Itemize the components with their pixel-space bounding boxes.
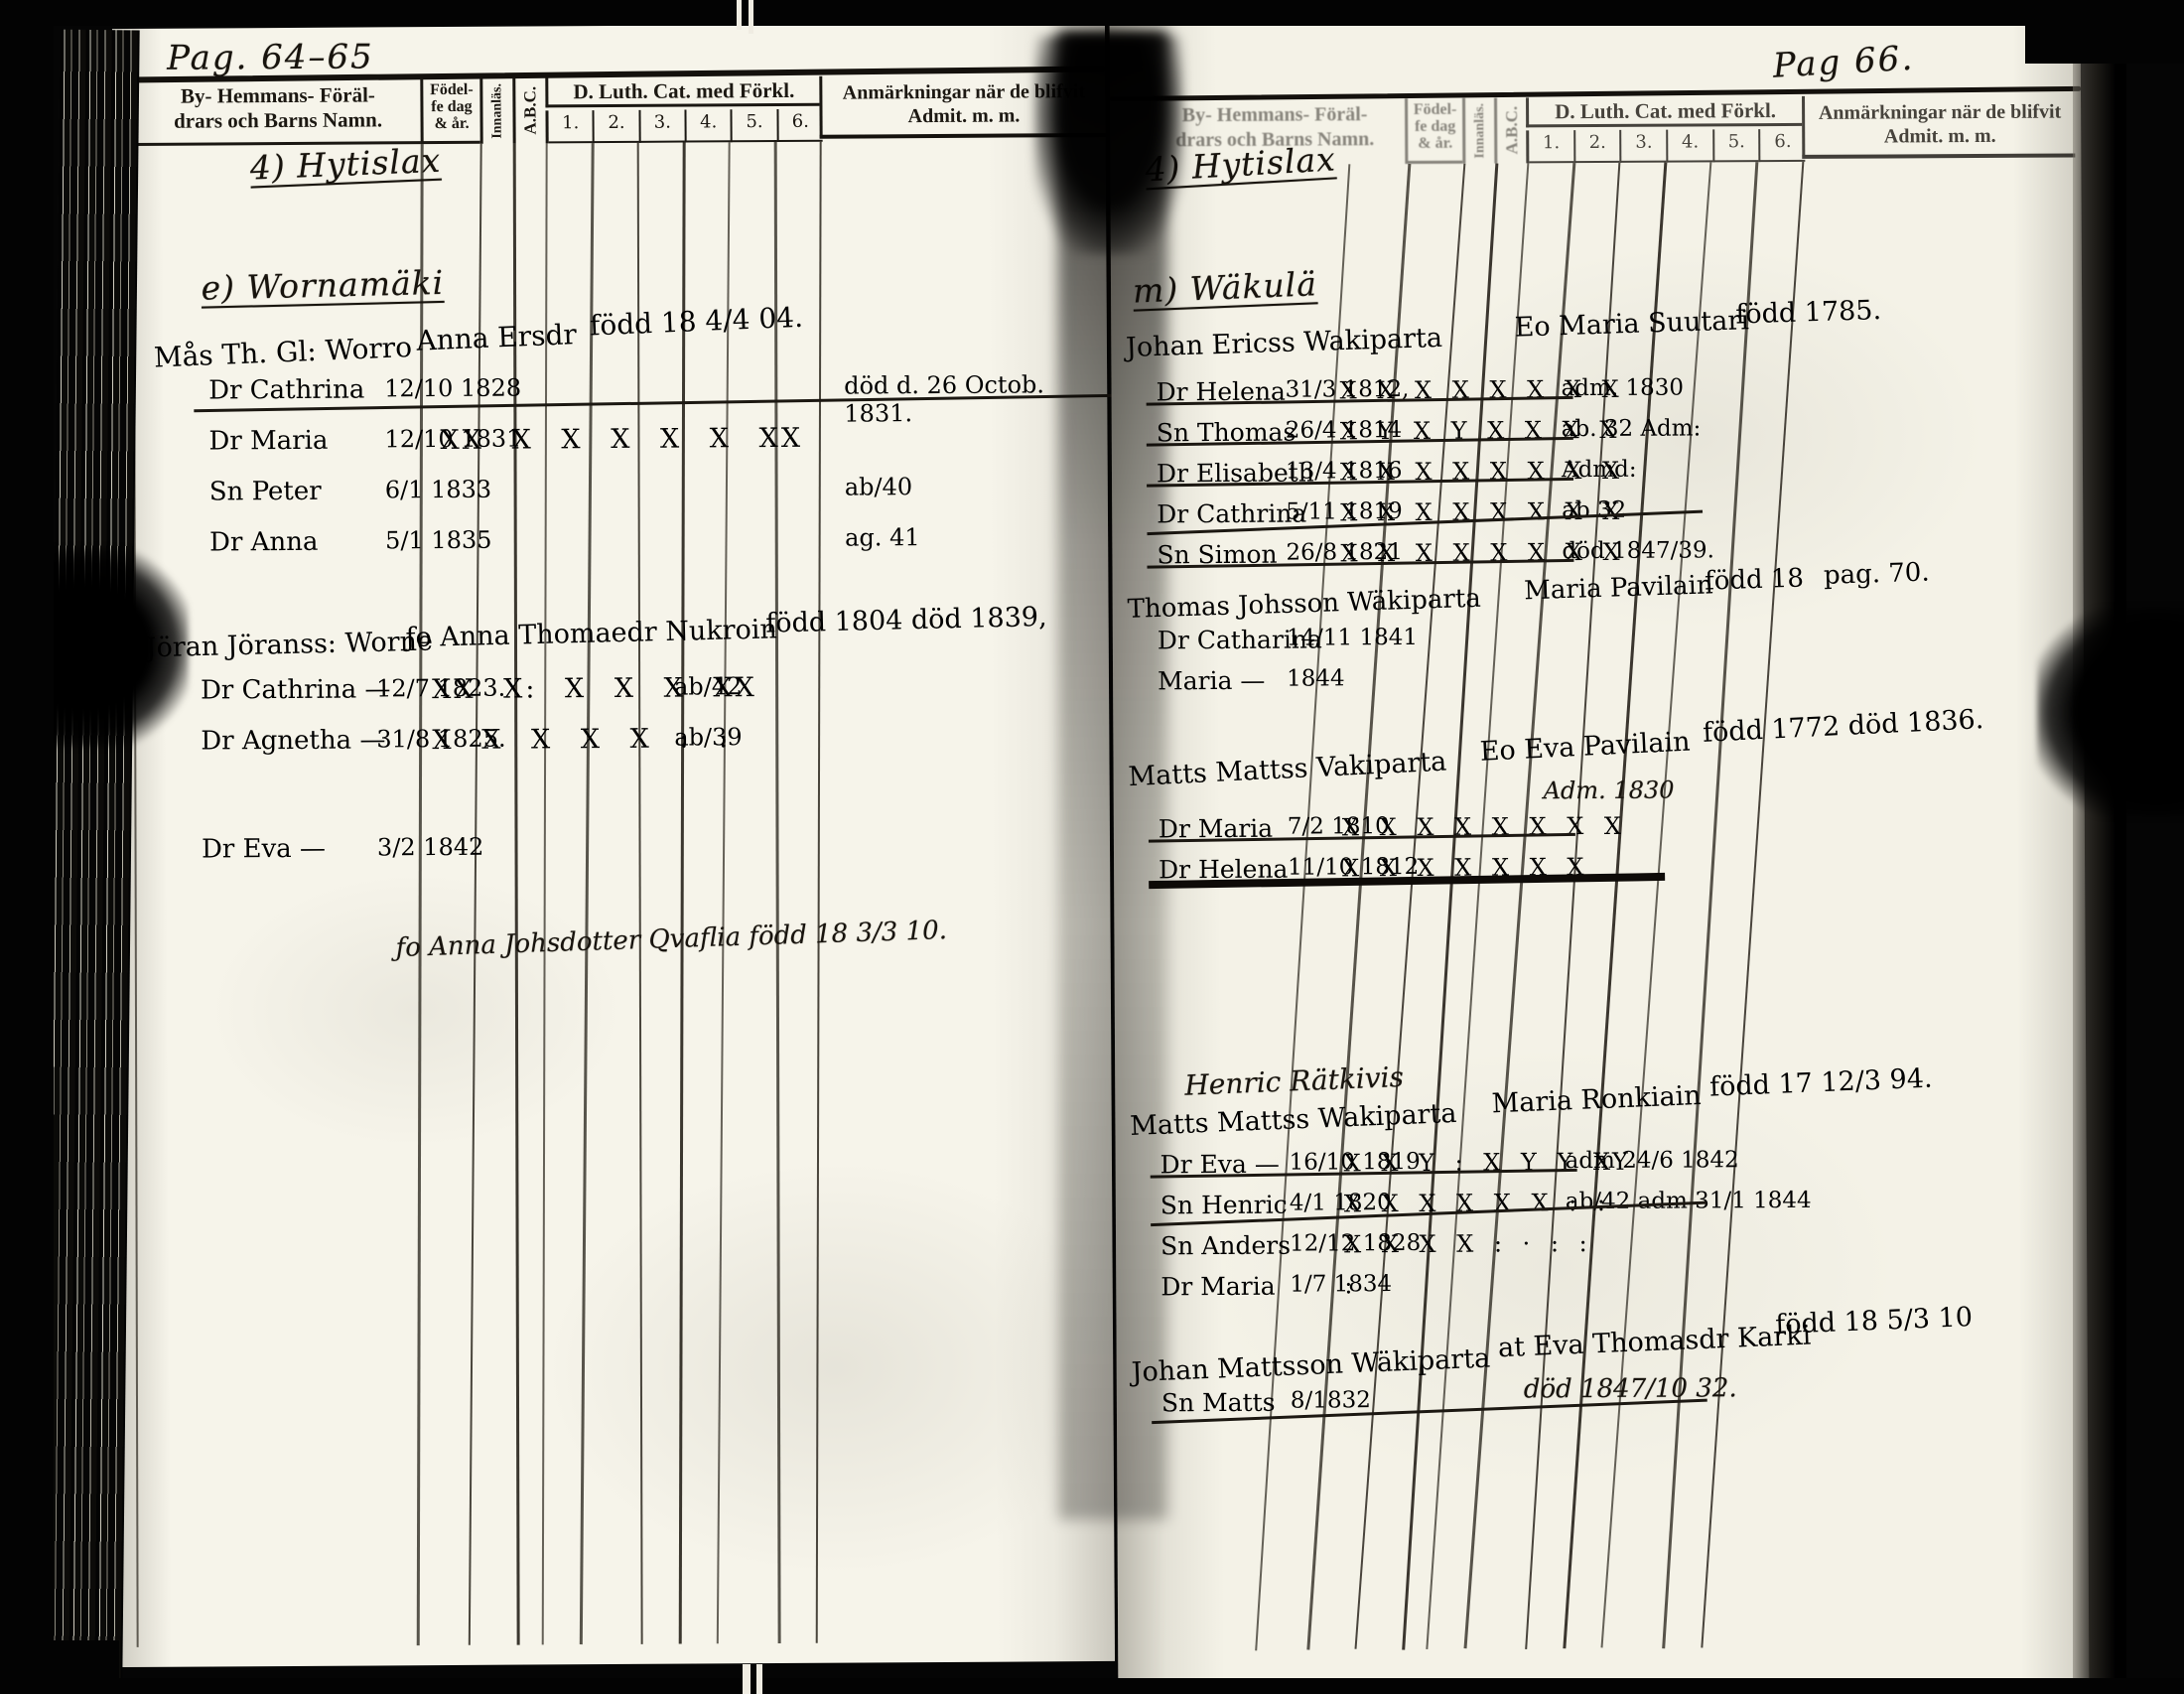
family-block: Henric Rätkivis Matts Mattss Wakiparta M… [1130, 1049, 2074, 1314]
person-name: Sn Anders [1160, 1231, 1291, 1261]
film-border-top [0, 0, 2184, 26]
spouse-name: Anna Ersdr [416, 318, 578, 357]
register-row: Dr Maria12/10 1831XX X X X X X XX [154, 421, 1107, 478]
remark-note: ab/42 adm 31/1 1844 [1566, 1188, 1812, 1214]
head-of-family: Mås Th. Gl: Worro [153, 331, 412, 374]
register-row: Dr Cathrina —12/7 1823.XX X: X X X XXab/… [146, 670, 1109, 727]
children-rows: Dr Eva —3/2 1842 [147, 829, 1110, 886]
head-of-family: Matts Mattss Wakiparta [1130, 1098, 1457, 1142]
remark-note: adm. 1830 [1561, 375, 1684, 402]
remark-note: adm 24/6 1842 [1566, 1147, 1739, 1174]
remark-note: ag. 41 [845, 523, 920, 551]
header-reading-col: Innanläs. [1462, 98, 1494, 164]
children-rows: Dr Eva —16/10 1819X X Y : X Y Y XYadm 24… [1131, 1146, 2075, 1314]
header-cat-cols: 1. 2. 3. 4. 5. 6. [545, 109, 822, 144]
table-header-left: By- Hemmans- Föräl- drars och Barns Namn… [112, 74, 1105, 146]
head-of-family: Matts Mattss Vakiparta [1128, 747, 1447, 793]
person-name: Dr Maria [208, 426, 328, 457]
fold-mark-bottom-2 [756, 1664, 762, 1694]
family-block: Mås Th. Gl: Worro Anna Ersdr född 18 4/4… [154, 319, 1109, 579]
family-block: Johan Ericss Wakiparta Eo Maria Suutari … [1126, 316, 2070, 582]
person-name: Dr Maria [1159, 814, 1273, 844]
register-row: Dr Eva —16/10 1819X X Y : X Y Y XYadm 24… [1131, 1146, 2074, 1192]
head-of-family: Johan Mattsson Wäkiparta [1131, 1343, 1491, 1388]
born-note: född 18 [1705, 564, 1805, 597]
header-names-col: By- Hemmans- Föräl- drars och Barns Namn… [132, 78, 420, 146]
birth-date: 1/7 1834 [1290, 1271, 1392, 1298]
header-catechism: D. Luth. Cat. med Förkl. [1526, 96, 1802, 127]
register-row: Maria —1844 [1128, 662, 2071, 708]
fold-mark-bottom-1 [743, 1664, 751, 1694]
children-rows: Dr Catharina14/11 1841Maria —1844 [1128, 622, 2071, 708]
register-row: Dr Eva —3/2 1842 [147, 829, 1110, 886]
header-cat-cols: 1. 2. 3. 4. 5. 6. [1526, 129, 1805, 163]
farm-heading-left: e) Wornamäki [201, 263, 445, 308]
right-page: Pag 66. By- Hemmans- Föräl- drars och Ba… [1110, 19, 2090, 1684]
person-name: Dr Anna [209, 527, 318, 558]
remark-note: ab/40 [845, 473, 912, 500]
page-number-left: Pag. 64–65 [167, 37, 374, 77]
village-heading-left: 4) Hytislax [249, 141, 442, 188]
birth-date: 3/2 1842 [377, 833, 484, 862]
person-name: Dr Eva — [202, 834, 326, 865]
person-name: Dr Maria [1160, 1272, 1275, 1302]
fold-mark-top-1 [737, 0, 742, 30]
register-scan: Pag. 64–65 By- Hemmans- Föräl- drars och… [0, 0, 2184, 1694]
register-row: Dr Elisabeth13/4 1816X X X X X X X XAdmd… [1127, 455, 2070, 500]
thumb-mark-left [50, 548, 189, 747]
header-abc-col: A.B.C. [512, 77, 545, 143]
person-name: Dr Helena [1156, 377, 1285, 407]
thumb-mark-right [2037, 608, 2184, 816]
birth-date: 14/11 1841 [1287, 625, 1418, 651]
left-page: Pag. 64–65 By- Hemmans- Föräl- drars och… [112, 23, 1115, 1667]
register-row: Sn Thomas26/4 1814X Y X Y X X X Xab. 32 … [1127, 414, 2070, 460]
person-name: Dr Helena [1159, 855, 1288, 885]
children-rows: Dr Cathrina12/10 1828död d. 26 Octob. 18… [154, 370, 1108, 579]
register-row: Dr Cathrina5/11 1819X X X X X X X Xab 32 [1127, 495, 2070, 541]
spouse-name: Eo Maria Suutari [1514, 305, 1749, 343]
spouse-name: Eo Eva Pavilain [1479, 727, 1691, 768]
page-ref-note: pag. 70. [1824, 558, 1931, 591]
register-row: Dr Helena31/3 1812,X X X X X X X Xadm. 1… [1126, 373, 2069, 419]
page-number-right: Pag 66. [1772, 39, 1915, 86]
register-row: Sn Peter6/1 1833ab/40 [155, 472, 1108, 528]
register-row: Dr Cathrina12/10 1828död d. 26 Octob. 18… [154, 370, 1107, 427]
exam-marks: X X X X X X X X [1342, 812, 1623, 841]
exam-marks: : [1344, 1271, 1354, 1299]
exam-marks: X X X X X X X [1342, 853, 1586, 882]
born-note: född 18 4/4 04. [589, 301, 803, 343]
header-remarks-col: Anmärkningar när de blifvit Admit. m. m. [1802, 94, 2075, 158]
film-border-bottom [0, 1678, 2184, 1694]
birth-date: 6/1 1833 [385, 476, 492, 504]
register-row: Dr Anna5/1 1835ag. 41 [155, 522, 1108, 579]
birth-date: 1844 [1287, 665, 1345, 691]
register-row: Dr Maria7/2 1810X X X X X X X X [1129, 810, 2072, 856]
book-edge-right [2073, 0, 2126, 1694]
family-block: Johan Mattsson Wäkiparta at Eva Thomasdr… [1132, 1337, 2075, 1430]
exam-marks: X X X X : · : : [1344, 1229, 1589, 1258]
head-of-family: Thomas Johsson Wäkiparta [1127, 584, 1481, 625]
admission-note: Adm. 1830 [1544, 776, 1675, 805]
children-rows: Dr Helena31/3 1812,X X X X X X X Xadm. 1… [1126, 373, 2070, 582]
remark-note: död 1847/39. [1562, 537, 1714, 564]
person-name: Maria — [1158, 666, 1265, 696]
born-note: född 18 5/3 10 [1775, 1302, 1974, 1341]
person-name: Dr Agnetha — [201, 725, 385, 756]
head-of-family: Johan Ericss Wakiparta [1126, 323, 1443, 363]
register-row: Sn Matts8/1832 [1132, 1384, 2075, 1430]
family-block: Matts Mattss Vakiparta Eo Eva Pavilain f… [1128, 737, 2072, 897]
person-name: Sn Peter [209, 477, 322, 507]
children-rows: Dr Maria7/2 1810X X X X X X X XDr Helena… [1129, 810, 2072, 897]
register-row: Dr Helena11/10 1812X X X X X X X [1129, 851, 2072, 897]
person-name: Sn Simon [1157, 540, 1277, 570]
fold-mark-top-2 [749, 0, 753, 34]
register-row: Sn Henric4/1 1820X X X X X X : :ab/42 ad… [1131, 1187, 2074, 1232]
header-birth-col: Födel- fe dag & år. [420, 78, 479, 144]
film-border-left [0, 0, 54, 1694]
register-row: Sn Anders12/12 1828X X X X : · : : [1131, 1227, 2074, 1273]
person-name: Dr Cathrina [208, 375, 364, 406]
birth-date: 12/10 1828 [384, 374, 521, 403]
gutter-shadow-blob [1034, 36, 1183, 254]
remark-note: ab 32 [1562, 497, 1626, 523]
born-note: född 1785. [1735, 295, 1882, 331]
born-note: född 1804 död 1839, [765, 602, 1047, 639]
header-catechism: D. Luth. Cat. med Förkl. [545, 76, 819, 108]
person-name: Sn Henric [1160, 1191, 1288, 1220]
born-note: född 1772 död 1836. [1702, 704, 1984, 749]
header-reading-col: Innanläs. [479, 78, 512, 144]
person-name: Dr Cathrina [1157, 499, 1306, 529]
children-rows: Dr Cathrina —12/7 1823.XX X: X X X XXab/… [146, 670, 1110, 777]
birth-date: 5/1 1835 [385, 526, 492, 555]
spouse-name: Maria Pavilain [1524, 570, 1713, 606]
person-name: Sn Thomas [1157, 418, 1297, 448]
person-name: Sn Matts [1161, 1388, 1276, 1418]
spouse-name: ƒo Anna Thomaedr Nukroin [405, 614, 777, 653]
person-name: Dr Cathrina — [201, 674, 391, 705]
spouse-name: at Eva Thomasdr Karki [1497, 1321, 1811, 1364]
film-border-top-right [2025, 0, 2184, 64]
family-block: Jöran Jöranss: Worne ƒo Anna Thomaedr Nu… [146, 619, 1111, 886]
header-birth-col: Födel- fe dag & år. [1405, 98, 1462, 164]
header-abc-col: A.B.C. [1494, 97, 1526, 163]
birth-date: 8/1832 [1291, 1387, 1371, 1413]
remark-note: Admd: [1562, 457, 1637, 483]
register-row: Dr Agnetha —31/8 1825.X X X X X : :ab/39 [146, 721, 1109, 777]
family-block: Thomas Johsson Wäkiparta Maria Pavilain … [1128, 578, 2072, 708]
exam-marks: XX X X X X X XX [440, 423, 803, 456]
remark-note: ab. 32 Adm: [1562, 415, 1702, 442]
children-rows: Sn Matts8/1832 [1132, 1384, 2075, 1430]
person-name: Dr Eva — [1160, 1150, 1280, 1180]
remark-note: ab/39 [674, 723, 742, 751]
register-row: Dr Catharina14/11 1841 [1128, 622, 2071, 667]
remark-note: ab/42 [674, 672, 742, 700]
